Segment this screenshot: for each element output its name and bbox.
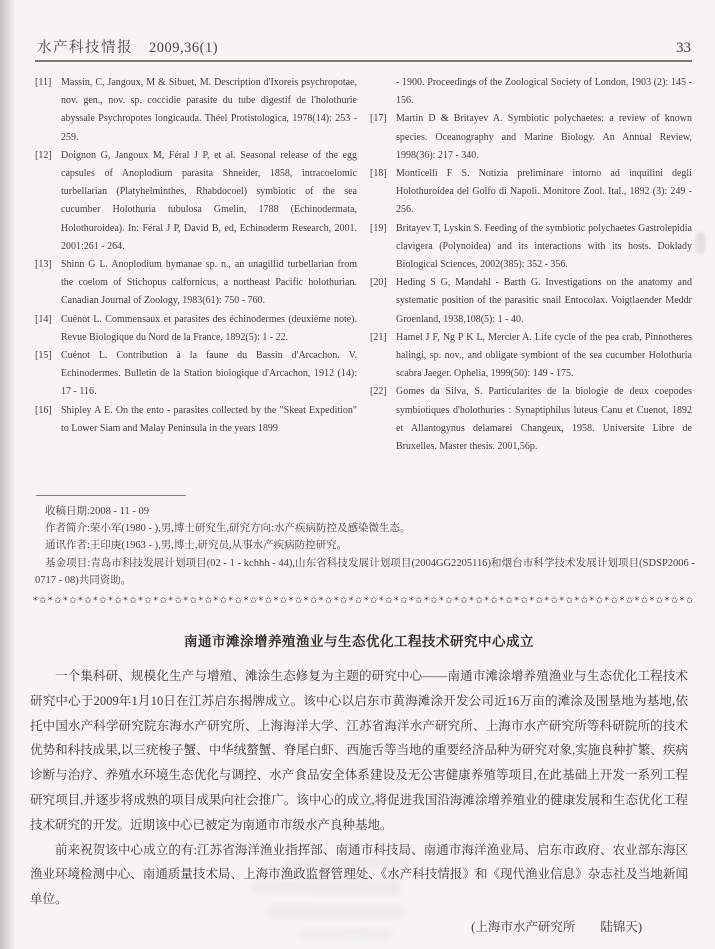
reference-item-continuation: - 1900. Proceedings of the Zoological So… (370, 74, 692, 110)
reference-item: [14]Cuénot L. Commensaux et parasites de… (35, 311, 357, 347)
reference-number: [20] (370, 274, 396, 292)
journal-title: 水产科技情报 (37, 40, 133, 56)
references-column-right: - 1900. Proceedings of the Zoological So… (370, 74, 692, 456)
reference-number: [15] (35, 347, 61, 365)
reference-number: [19] (370, 220, 396, 238)
reference-item: [15]Cuénot L. Contribution à la faune du… (35, 347, 357, 402)
reference-text: Doignon G, Jangoux M, Féral J P, et al. … (61, 150, 357, 252)
page-number: 33 (676, 40, 691, 57)
reference-text: Shinn G L. Anoplodium hymanae sp. n., an… (61, 259, 357, 306)
reference-text: Cuénot L. Commensaux et parasites des éc… (61, 314, 357, 343)
reference-item: [13]Shinn G L. Anoplodium hymanae sp. n.… (35, 256, 357, 311)
footnote-received-date: 收稿日期:2008 - 11 - 09 (35, 503, 695, 520)
page-header: 水产科技情报2009,36(1) 33 (37, 36, 691, 57)
article-paragraph-2: 前来祝贺该中心成立的有:江苏省海洋渔业指挥部、南通市科技局、南通市海洋渔业局、启… (30, 838, 688, 912)
footnote-fund-project: 基金项目:青岛市科技发展计划项目(02 - 1 - kchhh - 44),山东… (35, 555, 695, 589)
reference-text: Massin, C, Jangoux, M & Sibuet, M. Descr… (61, 77, 357, 143)
scan-edge-shadow (0, 0, 16, 949)
reference-text: Gomes da Silva, S. Particularites de la … (396, 386, 692, 452)
reference-item: [12]Doignon G, Jangoux M, Féral J P, et … (35, 147, 357, 256)
journal-header-left: 水产科技情报2009,36(1) (37, 36, 218, 57)
reference-item: [18]Monticelli F S. Notizia preliminare … (370, 165, 692, 220)
reference-text: Heding S G, Mandahl - Barth G. Investiga… (396, 277, 692, 324)
article-paragraph-1: 一个集科研、规模化生产与增殖、滩涂生态修复为主题的研究中心——南通市滩涂增养殖渔… (30, 664, 688, 838)
reference-item: [22]Gomes da Silva, S. Particularites de… (370, 383, 692, 456)
reference-text: - 1900. Proceedings of the Zoological So… (396, 77, 692, 106)
bleedthrough-smudge (266, 905, 404, 918)
reference-number: [22] (370, 383, 396, 401)
reference-number: [14] (35, 311, 61, 329)
header-rule (35, 60, 692, 62)
references-column-left: [11]Massin, C, Jangoux, M & Sibuet, M. D… (35, 74, 357, 456)
footnote-rule (36, 495, 186, 496)
journal-page: 水产科技情报2009,36(1) 33 [11]Massin, C, Jango… (0, 0, 715, 949)
reference-item: [11]Massin, C, Jangoux, M & Sibuet, M. D… (35, 74, 357, 147)
reference-item: [16]Shipley A E. On the ento - parasites… (35, 402, 357, 438)
footnote-author-bio: 作者简介:荣小军(1980 - ),男,博士研究生,研究方向:水产疾病防控及感染… (35, 520, 695, 537)
reference-item: [19]Britayev T, Lyskin S. Feeding of the… (370, 220, 692, 275)
reference-text: Monticelli F S. Notizia preliminare into… (396, 168, 692, 215)
reference-item: [21]Hamel J F, Ng P K L, Mercier A. Life… (370, 329, 692, 384)
reference-text: Shipley A E. On the ento - parasites col… (61, 405, 357, 434)
reference-number: [21] (370, 329, 396, 347)
reference-number: [11] (35, 74, 61, 92)
footnote-corresponding-author: 通讯作者:王印庚(1963 - ),男,博士,研究员,从事水产疾病防控研究。 (35, 537, 695, 554)
reference-number: [12] (35, 147, 61, 165)
reference-number: [13] (35, 256, 61, 274)
decorative-separator: *✩*✩*✩*✩*✩*✩*✩*✩*✩*✩*✩*✩*✩*✩*✩*✩*✩*✩*✩*✩… (33, 596, 693, 610)
article-title: 南通市滩涂增养殖渔业与生态优化工程技术研究中心成立 (30, 630, 688, 650)
journal-issue: 2009,36(1) (149, 40, 218, 56)
reference-text: Martin D & Britayev A. Symbiotic polycha… (396, 113, 692, 160)
reference-text: Hamel J F, Ng P K L, Mercier A. Life cyc… (396, 332, 692, 379)
reference-item: [20]Heding S G, Mandahl - Barth G. Inves… (370, 274, 692, 329)
references-section: [11]Massin, C, Jangoux, M & Sibuet, M. D… (35, 74, 692, 456)
bleedthrough-smudge (252, 879, 402, 896)
reference-number: [16] (35, 402, 61, 420)
footnotes: 收稿日期:2008 - 11 - 09 作者简介:荣小军(1980 - ),男,… (35, 503, 695, 589)
reference-number: [18] (370, 165, 396, 183)
reference-text: Britayev T, Lyskin S. Feeding of the sym… (396, 223, 692, 270)
margin-smudge (696, 232, 705, 254)
reference-item: [17]Martin D & Britayev A. Symbiotic pol… (370, 110, 692, 165)
reference-text: Cuénot L. Contribution à la faune du Bas… (61, 350, 357, 397)
reference-number: [17] (370, 110, 396, 128)
bleedthrough-smudge (300, 928, 392, 941)
